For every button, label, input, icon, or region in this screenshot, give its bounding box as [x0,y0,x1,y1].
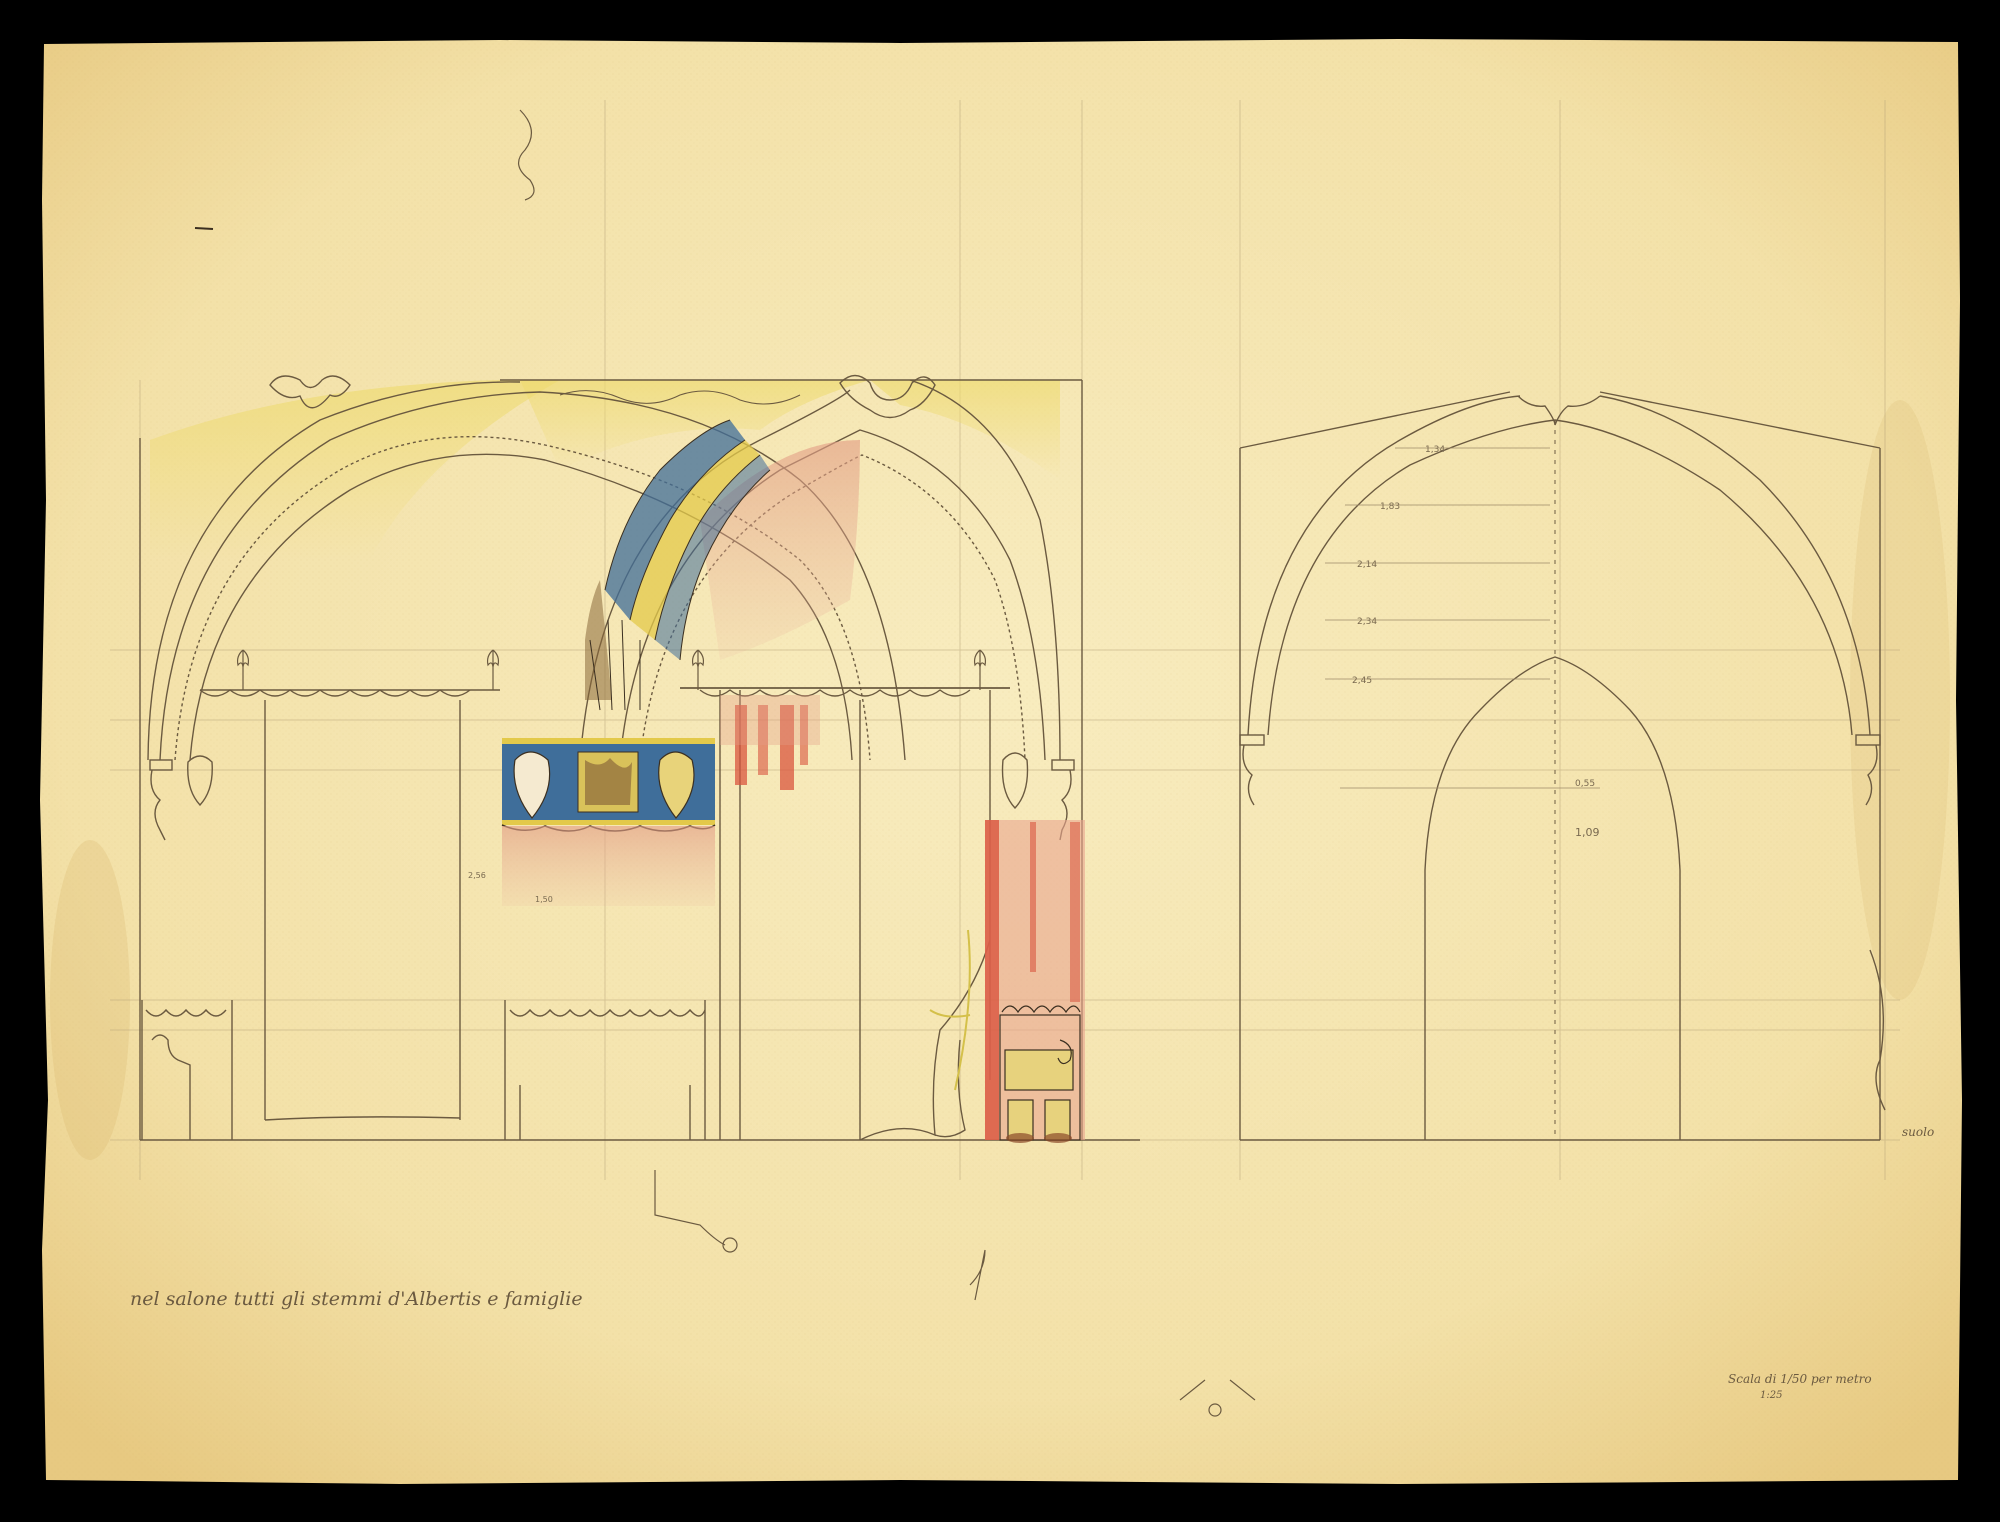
dimension-label: 2,14 [1357,560,1377,570]
dimension-label: 1,09 [1575,826,1600,839]
dimension-small-b: 1,50 [535,895,553,904]
red-curtain-alcove [985,820,1085,1143]
dimension-label: 1,83 [1380,502,1400,512]
drawing-sheet: nel salone tutti gli stemmi d'Albertis e… [0,0,2000,1522]
paper [40,39,1962,1484]
scale-ratio: 1:25 [1760,1390,1782,1401]
dimension-label: 2,34 [1357,617,1377,627]
caption-note: nel salone tutti gli stemmi d'Albertis e… [130,1288,583,1310]
dimension-small-a: 2,56 [468,871,486,880]
coat-of-arms-frieze [502,738,715,906]
floor-label: suolo [1902,1125,1934,1139]
dimension-label: 1,34 [1425,445,1445,455]
scale-note: Scala di 1/50 per metro [1728,1372,1872,1386]
dimension-label: 2,45 [1352,676,1372,686]
dimension-label: 0,55 [1575,779,1595,789]
